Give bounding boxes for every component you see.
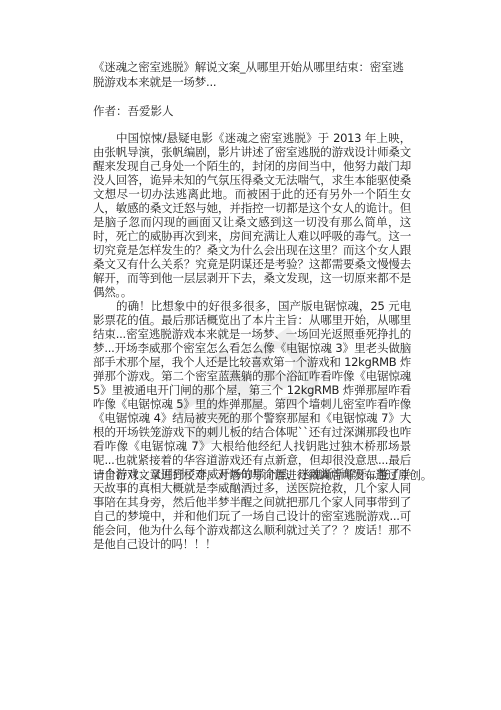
paragraph-review: 的确！比想象中的好很多很多，国产版电锯惊魂，25 元电影票花的值。最后那话概览出… <box>93 299 411 551</box>
document-title: 《迷魂之密室逃脱》解说文案_从哪里开始从哪里结束：密室逃脱游戏本来就是一场梦..… <box>93 60 411 90</box>
document-author: 作者：吾爱影人 <box>93 104 411 119</box>
document-body: 中国惊悚/悬疑电影《迷魂之密室逃脱》于 2013 年上映，由张帆导演，张帆编剧，… <box>93 131 411 551</box>
footer-note: 请自行对文章进行校对，对语句与词语进行微调后可发布通过原创。 <box>93 468 432 483</box>
paragraph-synopsis: 中国惊悚/悬疑电影《迷魂之密室逃脱》于 2013 年上映，由张帆导演，张帆编剧，… <box>93 131 411 299</box>
